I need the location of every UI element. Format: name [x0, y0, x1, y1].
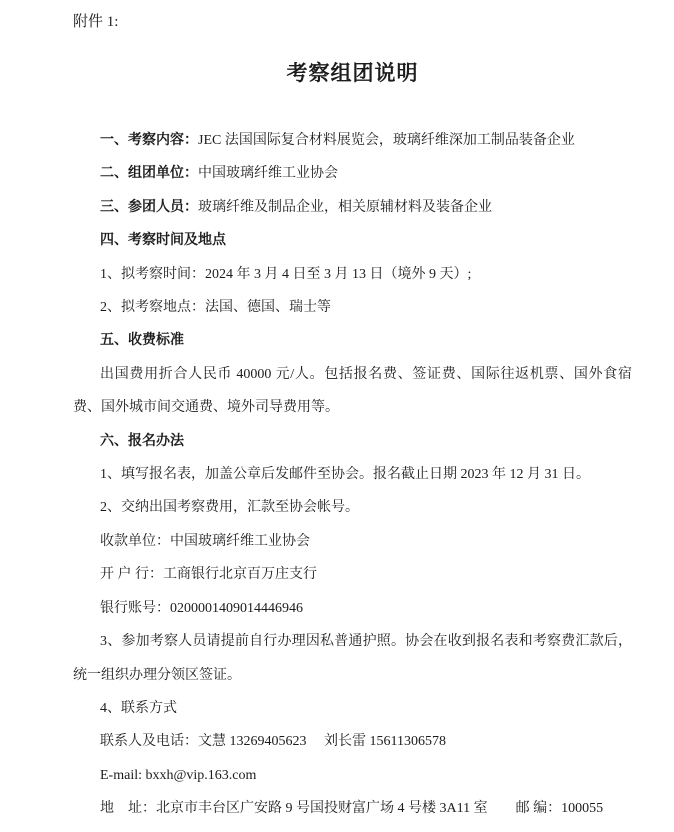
para-inspection-content-text: JEC 法国国际复合材料展览会，玻璃纤维深加工制品装备企业 — [198, 133, 575, 148]
para-organizer-text: 中国玻璃纤维工业协会 — [198, 166, 338, 181]
para-time: 1、拟考察时间：2024 年 3 月 4 日至 3 月 13 日（境外 9 天）… — [73, 258, 632, 291]
heading-time-location: 四、考察时间及地点 — [73, 224, 632, 257]
heading-registration: 六、报名办法 — [73, 425, 632, 458]
para-inspection-content: 一、考察内容：JEC 法国国际复合材料展览会，玻璃纤维深加工制品装备企业 — [73, 124, 632, 157]
para-inspection-content-label: 一、考察内容： — [100, 133, 198, 148]
para-reg-step3: 3、参加考察人员请提前自行办理因私普通护照。协会在收到报名表和考察费汇款后，统一… — [73, 625, 632, 692]
para-email: E-mail: bxxh@vip.163.com — [73, 759, 632, 792]
para-reg-step4: 4、联系方式 — [73, 692, 632, 725]
para-location: 2、拟考察地点：法国、德国、瑞士等 — [73, 291, 632, 324]
para-participants-text: 玻璃纤维及制品企业，相关原辅材料及装备企业 — [198, 200, 492, 215]
document-body: 一、考察内容：JEC 法国国际复合材料展览会，玻璃纤维深加工制品装备企业 二、组… — [73, 124, 632, 826]
para-payee: 收款单位：中国玻璃纤维工业协会 — [73, 525, 632, 558]
heading-fee-standard: 五、收费标准 — [73, 324, 632, 357]
document-title: 考察组团说明 — [73, 56, 632, 90]
para-participants: 三、参团人员：玻璃纤维及制品企业，相关原辅材料及装备企业 — [73, 191, 632, 224]
para-account: 银行账号：0200001409014446946 — [73, 592, 632, 625]
para-contacts: 联系人及电话：文慧 13269405623 刘长雷 15611306578 — [73, 725, 632, 758]
para-fee-detail: 出国费用折合人民币 40000 元/人。包括报名费、签证费、国际往返机票、国外食… — [73, 358, 632, 425]
para-reg-step2: 2、交纳出国考察费用，汇款至协会帐号。 — [73, 491, 632, 524]
para-organizer-label: 二、组团单位： — [100, 166, 198, 181]
para-participants-label: 三、参团人员： — [100, 200, 198, 215]
document-page: 附件 1: 考察组团说明 一、考察内容：JEC 法国国际复合材料展览会，玻璃纤维… — [0, 0, 674, 832]
para-reg-step1: 1、填写报名表，加盖公章后发邮件至协会。报名截止日期 2023 年 12 月 3… — [73, 458, 632, 491]
para-organizer: 二、组团单位：中国玻璃纤维工业协会 — [73, 157, 632, 190]
attachment-label: 附件 1: — [73, 10, 632, 34]
para-address: 地 址：北京市丰台区广安路 9 号国投财富广场 4 号楼 3A11 室 邮 编：… — [73, 792, 632, 825]
para-bank: 开 户 行：工商银行北京百万庄支行 — [73, 558, 632, 591]
